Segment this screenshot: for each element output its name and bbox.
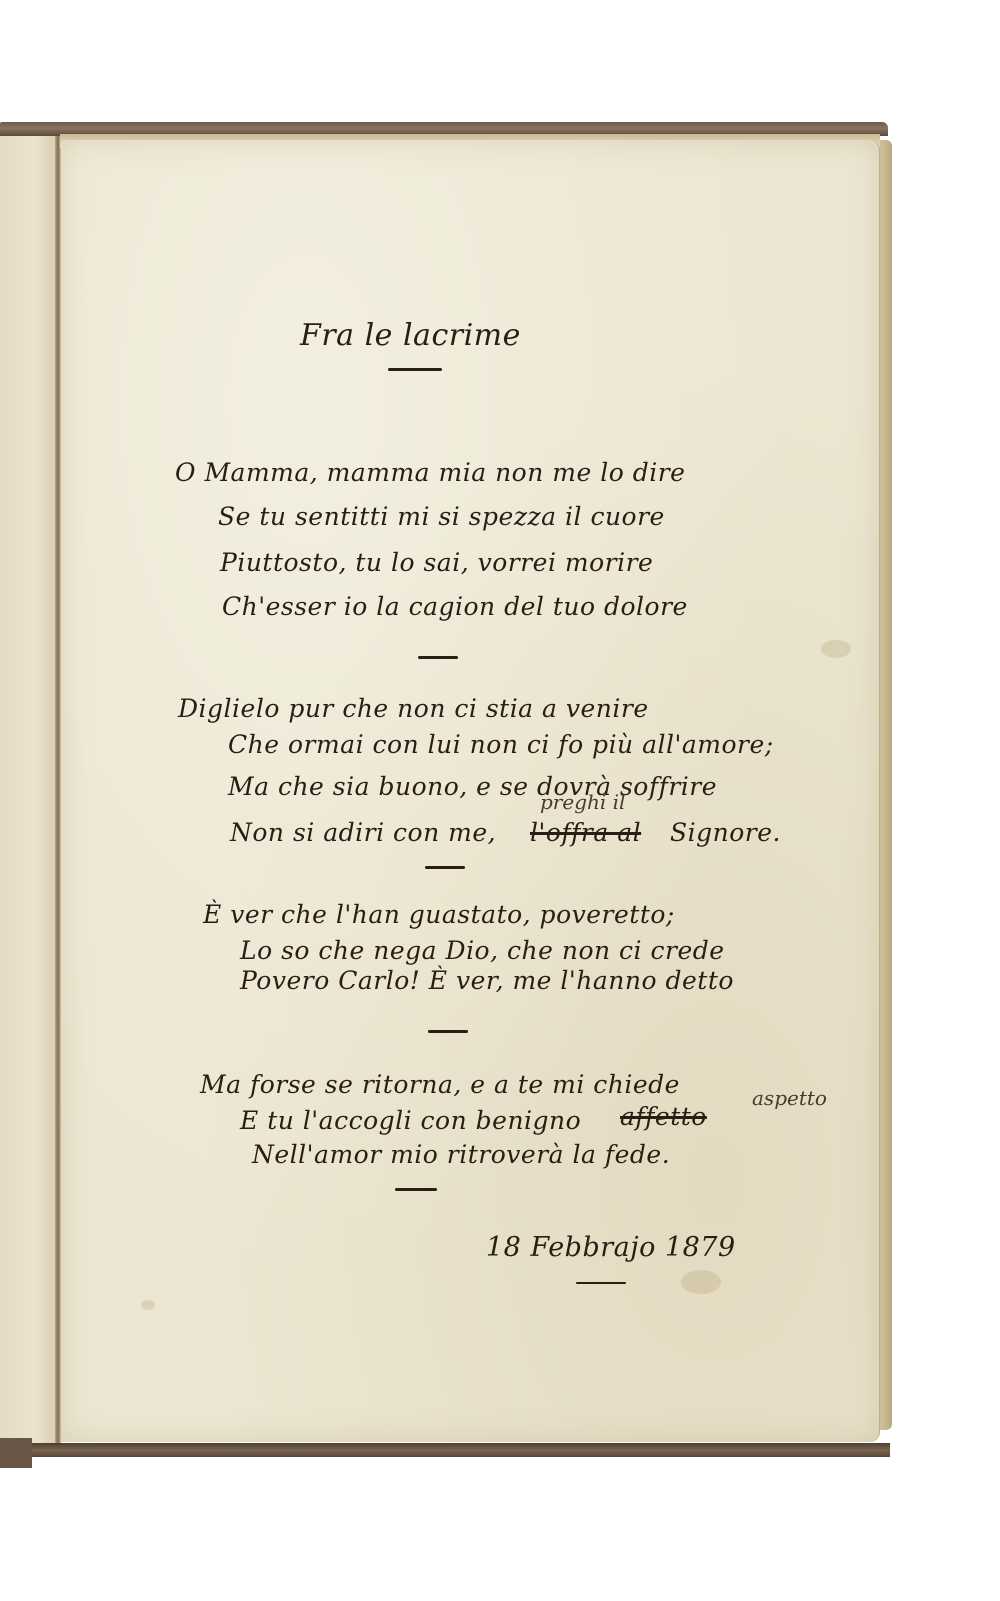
stanza-divider [425,866,465,869]
stanza-divider [428,1030,468,1033]
poem-title: Fra le lacrime [300,318,521,353]
manuscript-date: 18 Febbrajo 1879 [486,1232,736,1263]
struck-word: l'offra al [530,818,641,847]
stanza-2-line-3: Ma che sia buono, e se dovrà soffrire [228,772,717,801]
correction-insert: aspetto [752,1086,827,1110]
stanza-divider [395,1188,437,1191]
foxing-stain [821,640,851,658]
book-cover-corner [0,1438,32,1468]
stanza-1-line-4: Ch'esser io la cagion del tuo dolore [222,592,688,621]
stanza-divider [418,656,458,659]
stanza-2-line-4: Non si adiri con me, [230,818,496,847]
book-cover-bottom-edge [0,1443,890,1457]
stanza-1-line-2: Se tu sentitti mi si spezza il cuore [218,502,665,531]
stanza-1-line-1: O Mamma, mamma mia non me lo dire [175,458,685,487]
stanza-4-line-2: E tu l'accogli con benigno [240,1106,581,1135]
stanza-2-line-4-end: Signore. [670,818,781,847]
left-page-edge [0,136,58,1444]
correction-insert: preghi il [540,790,625,814]
foxing-stain [681,1270,721,1294]
stanza-3-line-2: Lo so che nega Dio, che non ci crede [240,936,725,965]
struck-word: affetto [620,1102,707,1131]
stanza-3-line-3: Povero Carlo! È ver, me l'hanno detto [240,966,734,995]
title-rule [388,368,442,371]
stanza-3-line-1: È ver che l'han guastato, poveretto; [203,900,675,929]
stanza-1-line-3: Piuttosto, tu lo sai, vorrei morire [220,548,653,577]
stanza-4-line-3: Nell'amor mio ritroverà la fede. [252,1140,670,1169]
foxing-stain [141,1300,155,1310]
date-underline [576,1282,626,1284]
stanza-4-line-1: Ma forse se ritorna, e a te mi chiede [200,1070,680,1099]
stanza-2-line-2: Che ormai con lui non ci fo più all'amor… [228,730,774,759]
stanza-2-line-1: Diglielo pur che non ci stia a venire [178,694,649,723]
